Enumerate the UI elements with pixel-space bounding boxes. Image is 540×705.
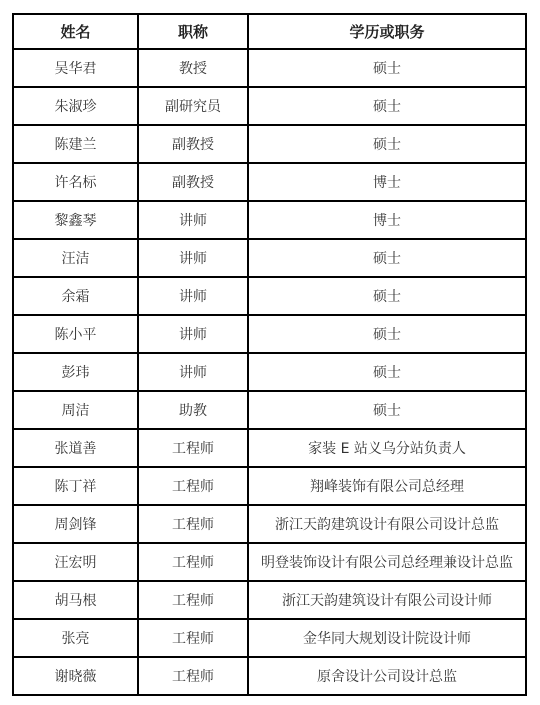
table-row: 周剑锋工程师浙江天韵建筑设计有限公司设计总监 bbox=[13, 505, 526, 543]
cell-name: 陈建兰 bbox=[13, 125, 138, 163]
cell-name: 黎鑫琴 bbox=[13, 201, 138, 239]
cell-title: 工程师 bbox=[138, 657, 248, 695]
cell-title: 助教 bbox=[138, 391, 248, 429]
cell-name: 吴华君 bbox=[13, 49, 138, 87]
cell-name: 彭玮 bbox=[13, 353, 138, 391]
cell-degree-or-position: 硕士 bbox=[248, 391, 526, 429]
column-header-name: 姓名 bbox=[13, 14, 138, 49]
table-row: 陈建兰副教授硕士 bbox=[13, 125, 526, 163]
cell-degree-or-position: 金华同大规划设计院设计师 bbox=[248, 619, 526, 657]
table-row: 张道善工程师家装 E 站义乌分站负责人 bbox=[13, 429, 526, 467]
cell-title: 讲师 bbox=[138, 239, 248, 277]
cell-degree-or-position: 博士 bbox=[248, 201, 526, 239]
table-row: 朱淑珍副研究员硕士 bbox=[13, 87, 526, 125]
table-row: 陈小平讲师硕士 bbox=[13, 315, 526, 353]
table-row: 周洁助教硕士 bbox=[13, 391, 526, 429]
cell-name: 周剑锋 bbox=[13, 505, 138, 543]
cell-degree-or-position: 硕士 bbox=[248, 277, 526, 315]
cell-title: 教授 bbox=[138, 49, 248, 87]
cell-title: 工程师 bbox=[138, 467, 248, 505]
cell-title: 副教授 bbox=[138, 163, 248, 201]
cell-degree-or-position: 硕士 bbox=[248, 239, 526, 277]
cell-degree-or-position: 博士 bbox=[248, 163, 526, 201]
table-body: 吴华君教授硕士朱淑珍副研究员硕士陈建兰副教授硕士许名标副教授博士黎鑫琴讲师博士汪… bbox=[13, 49, 526, 695]
cell-title: 工程师 bbox=[138, 581, 248, 619]
cell-title: 副研究员 bbox=[138, 87, 248, 125]
cell-degree-or-position: 明登装饰设计有限公司总经理兼设计总监 bbox=[248, 543, 526, 581]
cell-degree-or-position: 家装 E 站义乌分站负责人 bbox=[248, 429, 526, 467]
table-row: 黎鑫琴讲师博士 bbox=[13, 201, 526, 239]
cell-name: 陈小平 bbox=[13, 315, 138, 353]
page: 姓名 职称 学历或职务 吴华君教授硕士朱淑珍副研究员硕士陈建兰副教授硕士许名标副… bbox=[0, 0, 540, 705]
table-row: 吴华君教授硕士 bbox=[13, 49, 526, 87]
table-row: 彭玮讲师硕士 bbox=[13, 353, 526, 391]
cell-name: 张亮 bbox=[13, 619, 138, 657]
column-header-title: 职称 bbox=[138, 14, 248, 49]
cell-degree-or-position: 硕士 bbox=[248, 315, 526, 353]
cell-name: 周洁 bbox=[13, 391, 138, 429]
cell-title: 工程师 bbox=[138, 543, 248, 581]
header-row: 姓名 职称 学历或职务 bbox=[13, 14, 526, 49]
cell-degree-or-position: 硕士 bbox=[248, 125, 526, 163]
cell-name: 汪洁 bbox=[13, 239, 138, 277]
cell-title: 讲师 bbox=[138, 201, 248, 239]
cell-title: 工程师 bbox=[138, 429, 248, 467]
cell-degree-or-position: 翔峰装饰有限公司总经理 bbox=[248, 467, 526, 505]
cell-title: 讲师 bbox=[138, 353, 248, 391]
cell-name: 陈丁祥 bbox=[13, 467, 138, 505]
cell-degree-or-position: 原舍设计公司设计总监 bbox=[248, 657, 526, 695]
table-row: 余霜讲师硕士 bbox=[13, 277, 526, 315]
cell-degree-or-position: 硕士 bbox=[248, 87, 526, 125]
cell-title: 工程师 bbox=[138, 619, 248, 657]
table-row: 张亮工程师金华同大规划设计院设计师 bbox=[13, 619, 526, 657]
cell-degree-or-position: 浙江天韵建筑设计有限公司设计总监 bbox=[248, 505, 526, 543]
cell-degree-or-position: 硕士 bbox=[248, 49, 526, 87]
cell-name: 张道善 bbox=[13, 429, 138, 467]
table-row: 许名标副教授博士 bbox=[13, 163, 526, 201]
cell-title: 讲师 bbox=[138, 315, 248, 353]
table-header: 姓名 职称 学历或职务 bbox=[13, 14, 526, 49]
cell-name: 朱淑珍 bbox=[13, 87, 138, 125]
table-row: 胡马根工程师浙江天韵建筑设计有限公司设计师 bbox=[13, 581, 526, 619]
cell-degree-or-position: 硕士 bbox=[248, 353, 526, 391]
cell-name: 胡马根 bbox=[13, 581, 138, 619]
cell-title: 工程师 bbox=[138, 505, 248, 543]
cell-title: 副教授 bbox=[138, 125, 248, 163]
cell-name: 汪宏明 bbox=[13, 543, 138, 581]
cell-name: 余霜 bbox=[13, 277, 138, 315]
cell-title: 讲师 bbox=[138, 277, 248, 315]
table-row: 谢晓薇工程师原舍设计公司设计总监 bbox=[13, 657, 526, 695]
column-header-degree-or-position: 学历或职务 bbox=[248, 14, 526, 49]
cell-name: 许名标 bbox=[13, 163, 138, 201]
faculty-table: 姓名 职称 学历或职务 吴华君教授硕士朱淑珍副研究员硕士陈建兰副教授硕士许名标副… bbox=[12, 13, 527, 696]
table-row: 汪宏明工程师明登装饰设计有限公司总经理兼设计总监 bbox=[13, 543, 526, 581]
table-row: 陈丁祥工程师翔峰装饰有限公司总经理 bbox=[13, 467, 526, 505]
table-row: 汪洁讲师硕士 bbox=[13, 239, 526, 277]
cell-name: 谢晓薇 bbox=[13, 657, 138, 695]
cell-degree-or-position: 浙江天韵建筑设计有限公司设计师 bbox=[248, 581, 526, 619]
